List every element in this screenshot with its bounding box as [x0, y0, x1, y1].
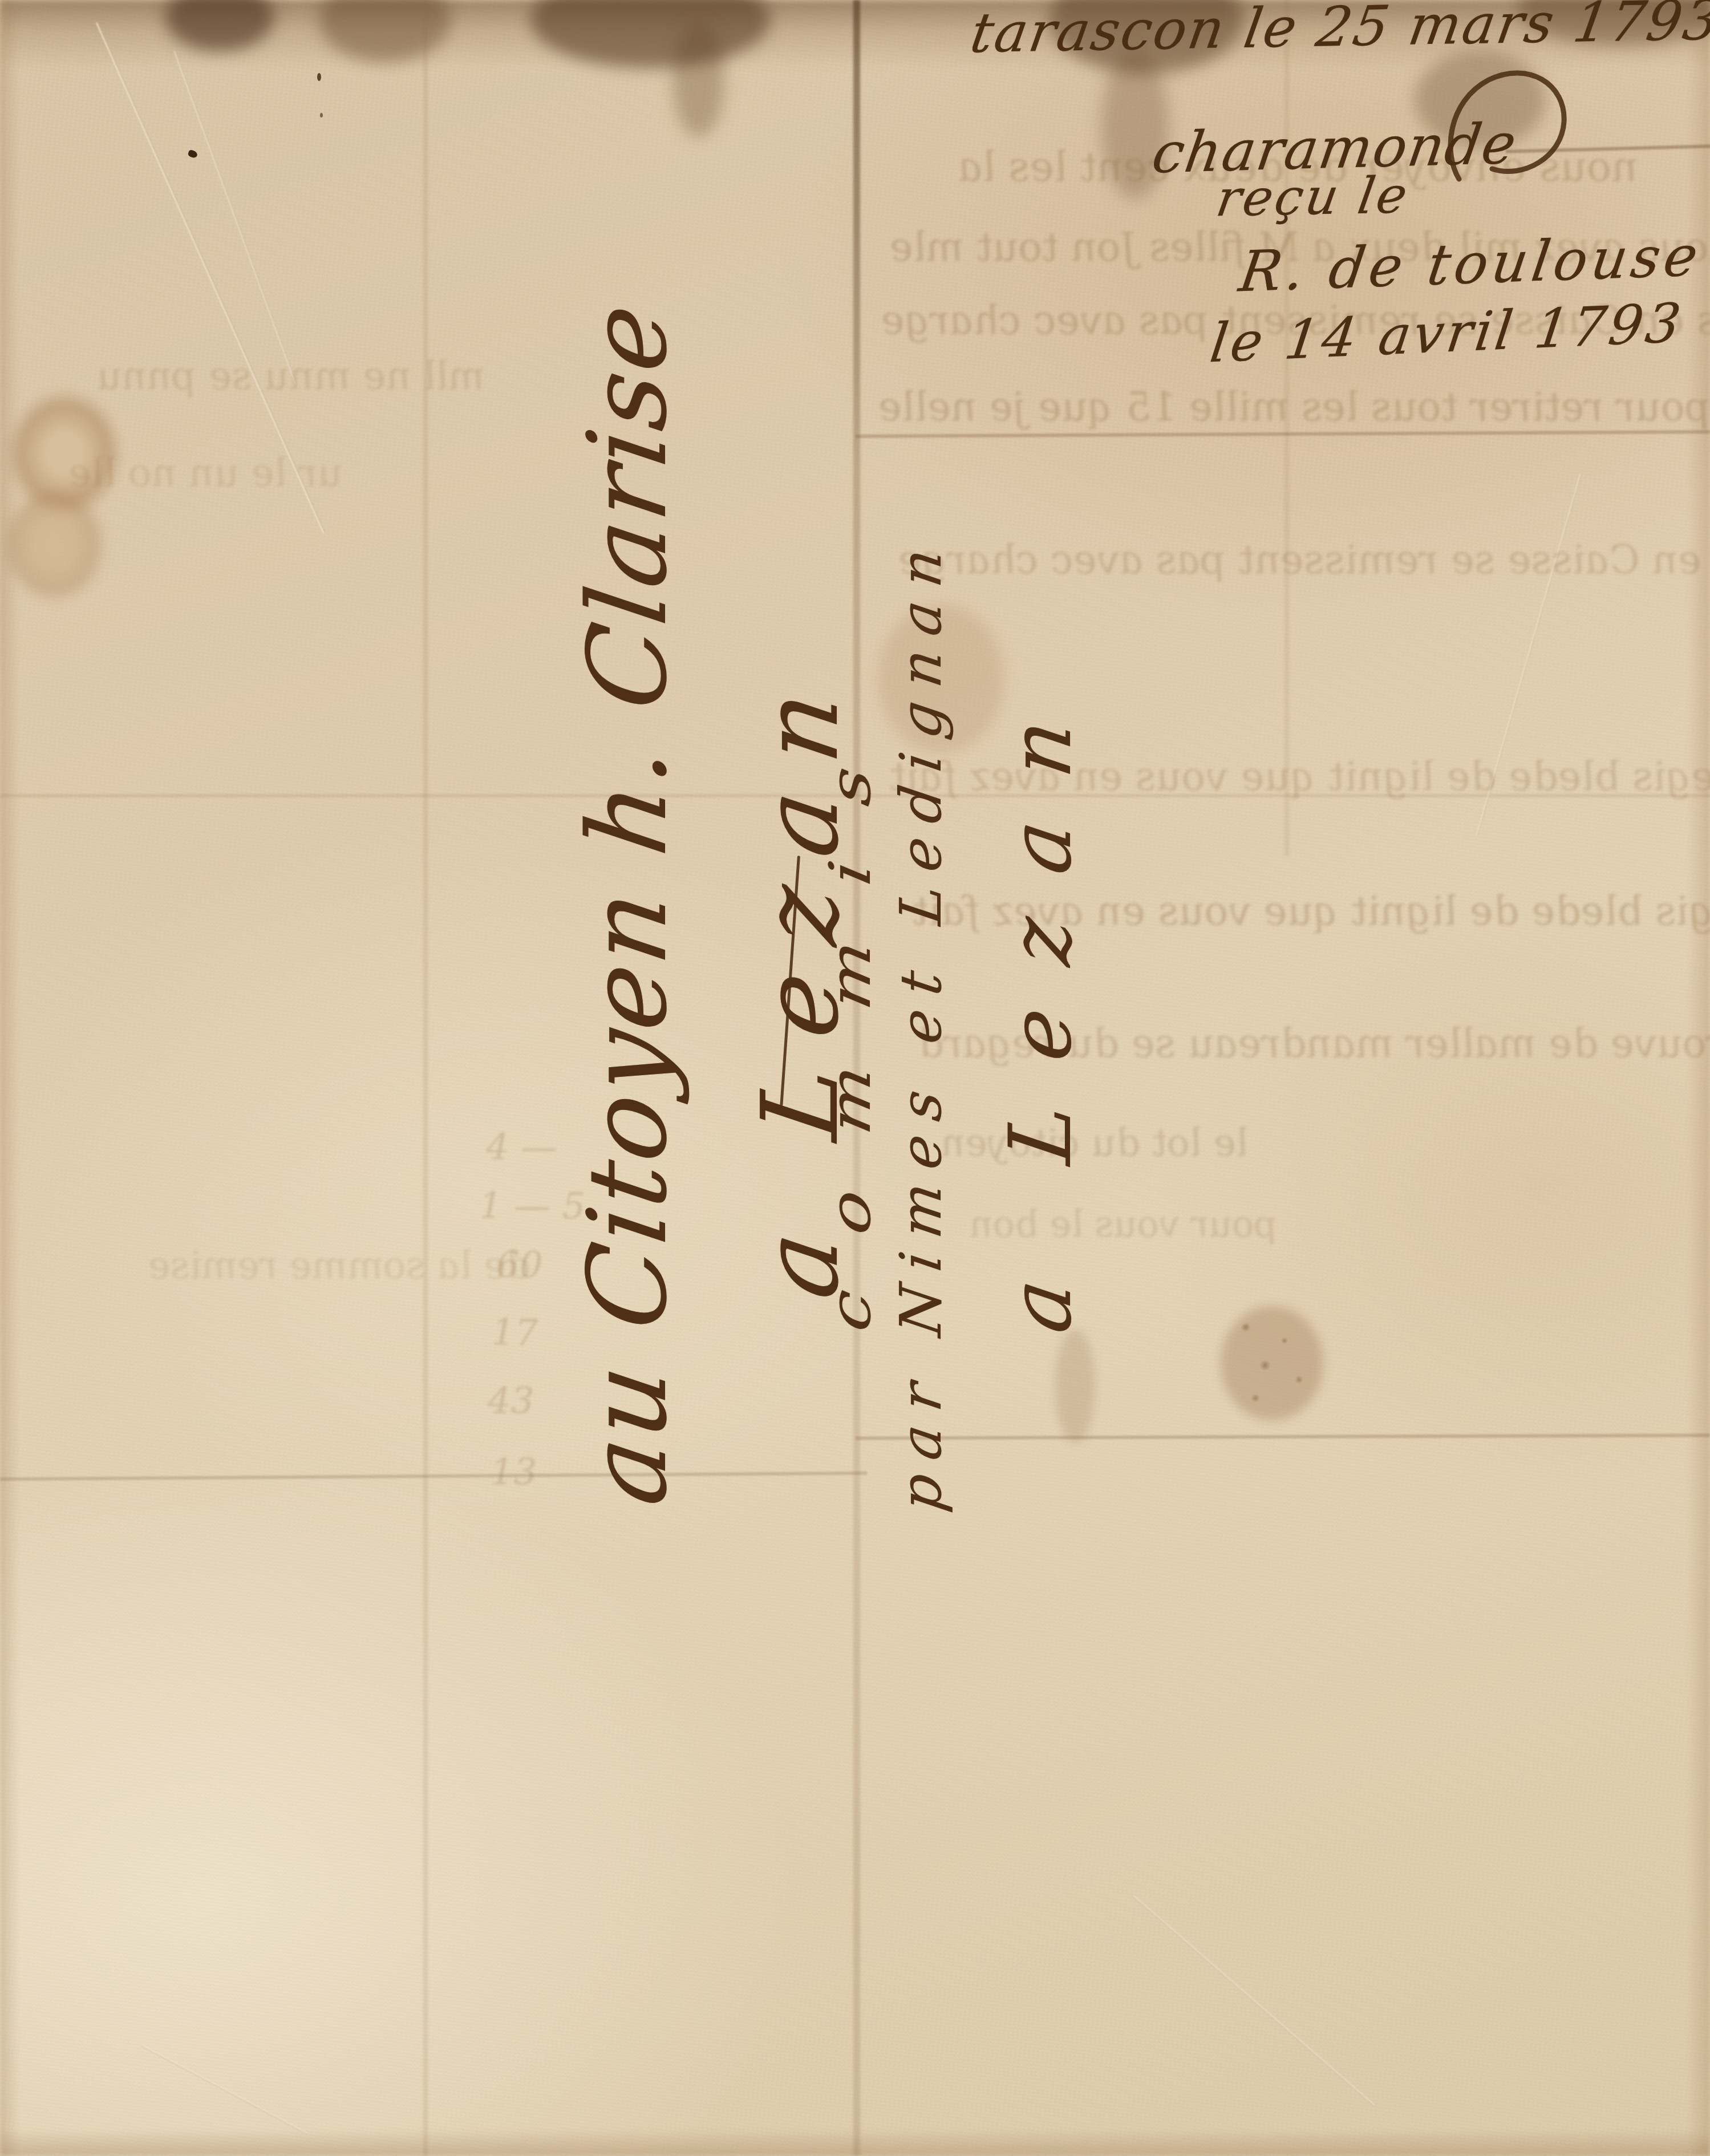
address-line-place-repeat: a Lezan: [991, 668, 1091, 1338]
bleedthrough-number: 60: [496, 1245, 542, 1287]
ink-spot: [317, 73, 321, 81]
bleedthrough-number: 13: [491, 1452, 537, 1494]
diagonal-crease: [141, 2045, 308, 2135]
bleedthrough-number: 4 —: [486, 1126, 557, 1169]
address-line-routing: par Nimes et Ledignan: [888, 530, 954, 1515]
bleedthrough-line: que le not des mattres en Caisse se remi…: [895, 536, 1710, 583]
diagonal-crease: [1132, 1895, 1375, 2106]
ink-spot: [187, 149, 198, 159]
burn-blot: [673, 23, 724, 137]
bleedthrough-line: le lot du citoyen: [938, 1121, 1251, 1165]
fold-line: [856, 430, 1710, 438]
letter-sheet: nous envoyer de deux cent les la note du…: [0, 0, 1710, 2156]
damp-stain: [1055, 1329, 1095, 1443]
fold-line: [0, 1472, 867, 1481]
left-fold: [423, 0, 428, 2156]
annotation-received: reçu le: [1213, 165, 1414, 228]
bleedthrough-number: 43: [488, 1380, 534, 1423]
address-line-occupation: commis: [817, 705, 884, 1336]
bleedthrough-number: 17: [492, 1312, 538, 1354]
foxing-speckles: [1226, 1312, 1323, 1415]
bleedthrough-line: mll ne mnu se pnnu: [94, 354, 488, 399]
wax-seal-stain: [0, 485, 108, 605]
address-line-recipient: au Citoyen h. Clarise: [565, 294, 691, 1512]
flourish-loop: [1437, 67, 1574, 187]
bleedthrough-line: lle un jour les cinque pour retirer tous…: [875, 383, 1710, 430]
bleedthrough-line: ur le un no lle: [65, 451, 346, 496]
left-edge-staining: [0, 0, 19, 2156]
bleedthrough-line: de la somme remise: [145, 1243, 534, 1287]
ink-spot: [320, 113, 323, 117]
fold-line: [856, 1433, 1710, 1440]
